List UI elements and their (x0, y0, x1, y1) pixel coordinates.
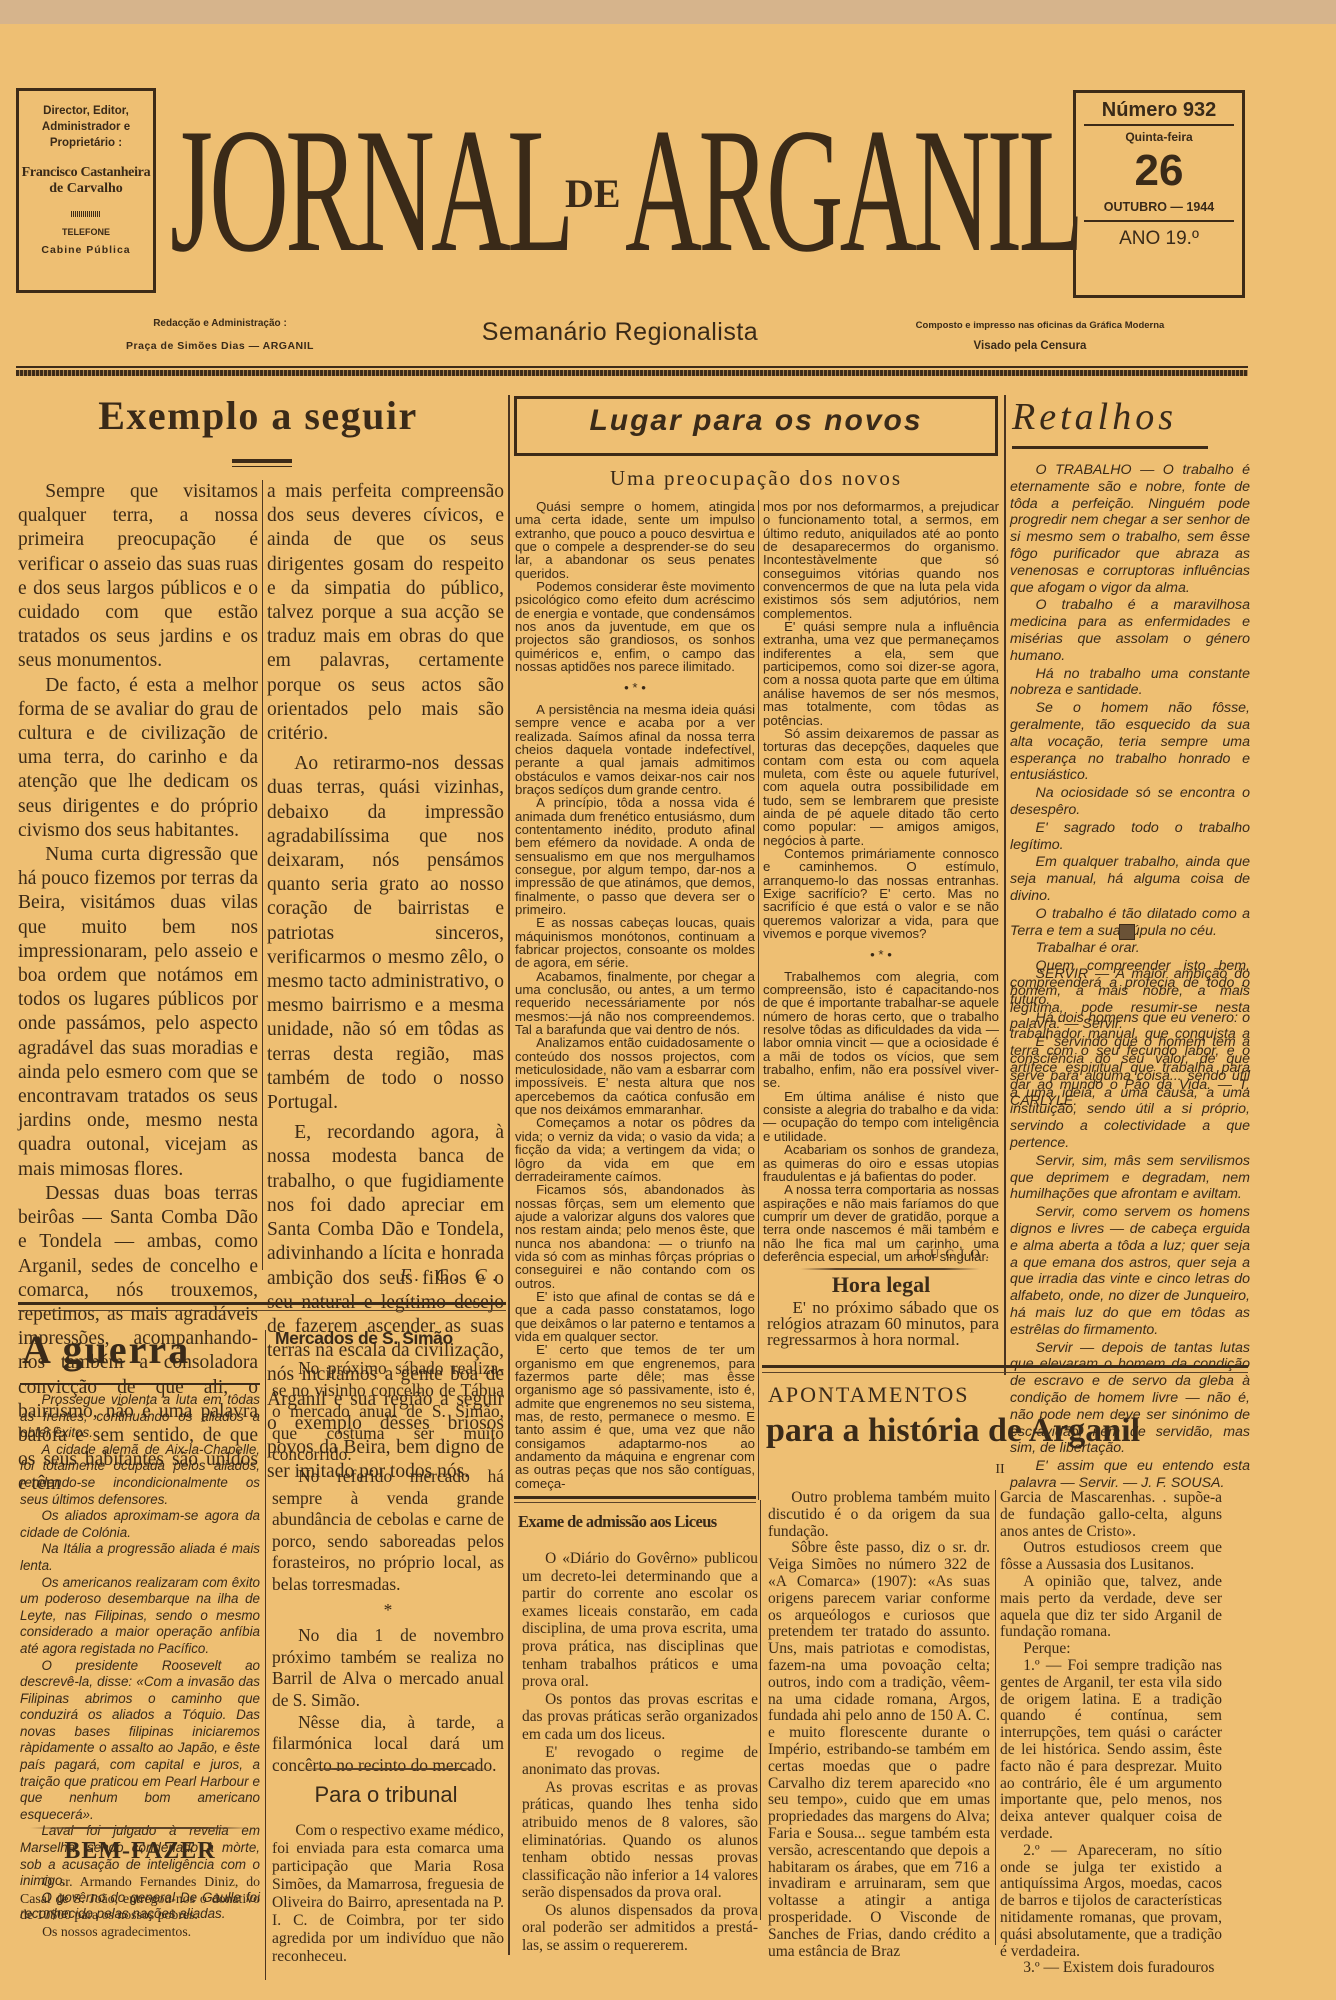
paragraph: Contemos primáriamente connosco e caminh… (763, 847, 999, 940)
headline-mercados: Mercados de S. Simão (275, 1328, 505, 1349)
headline-lugar: Lugar para os novos (514, 404, 998, 438)
issue-day: 26 (1084, 144, 1234, 198)
headline-exame: Exame de admissão aos Liceus (518, 1512, 758, 1532)
paragraph: Numa curta digressão que há pouco fizemo… (18, 843, 258, 1182)
phone-label: TELEFONE (19, 227, 153, 237)
paragraph: Os nossos agradecimentos. (20, 1924, 260, 1941)
paragraph: 2.º — Apareceram, no sítio onde se julga… (1000, 1843, 1222, 1961)
paragraph: O presidente Roosevelt ao descrevê-la, d… (20, 1658, 260, 1824)
headline-bemfazer: BEM-FAZER (20, 1838, 260, 1865)
subtitle: Semanário Regionalista (420, 318, 820, 347)
lugar-signature: LÚCIO. (830, 1246, 995, 1262)
column-divider (1004, 395, 1006, 1375)
section-rule (514, 1496, 756, 1499)
paragraph: Os aliados aproximam-se agora da cidade … (20, 1508, 260, 1541)
issue-weekday: Quinta-feira (1084, 130, 1234, 144)
separator: * (272, 1600, 504, 1622)
column-divider (995, 1490, 996, 1945)
paragraph: SERVIR — A maior ambição do homem, a mai… (1010, 966, 1250, 1033)
paragraph: E' revogado o regime de anonimato das pr… (522, 1744, 758, 1779)
paragraph: Podemos considerar êste movimento psicol… (515, 580, 755, 673)
ornament-divider (30, 1827, 250, 1829)
paragraph: A opinião que, talvez, ande mais perto d… (1000, 1574, 1222, 1641)
paragraph: Em qualquer trabalho, ainda que seja man… (1010, 854, 1250, 904)
column-divider (758, 500, 759, 1500)
paragraph: Analizamos então cuidadosamente o conteú… (515, 1036, 755, 1116)
paragraph: 3.º — Existem dois furadouros (1000, 1960, 1222, 1977)
column-divider (262, 480, 263, 1270)
title-jornal: JORNAL (170, 90, 571, 290)
paragraph: Começamos a notar os pôdres da vida; o v… (515, 1116, 755, 1183)
apontamentos-col2: Garcia de Mascarenhas. . supõe-a de fund… (1000, 1490, 1222, 1977)
paragraph: Há no trabalho uma constante nobreza e s… (1010, 666, 1250, 700)
ornament-square-icon (1119, 924, 1135, 940)
bemfazer-body: O sr. Armando Fernandes Diniz, do Casal … (20, 1874, 260, 1940)
paragraph: No referido mercado há sempre à venda gr… (272, 1466, 504, 1596)
headline-retalhos: Retalhos (1012, 395, 1232, 439)
ornament-bar (71, 211, 101, 217)
paragraph: Outros estudiosos creem que fôsse a Auss… (1000, 1540, 1222, 1574)
redaction-address: Praça de Simões Dias — ARGANIL (70, 340, 370, 352)
paragraph: Prossegue violenta a luta em tôdas as fr… (20, 1392, 260, 1442)
paragraph: E' sagrado todo o trabalho legítimo. (1010, 820, 1250, 854)
printer-note: Composto e impresso nas oficinas da Gráf… (860, 320, 1220, 331)
title-arganil: ARGANIL (625, 90, 1080, 290)
headline-apontamentos: para a história de Arganil (766, 1412, 1246, 1450)
paragraph: E' isto que afinal de contas se dá e que… (515, 1290, 755, 1343)
issue-month-year: OUTUBRO — 1944 (1084, 200, 1234, 222)
paragraph: O «Diário do Govêrno» publicou um decret… (522, 1550, 758, 1691)
headline-guerra: A guerra (22, 1326, 190, 1373)
section-rule (18, 1302, 506, 1305)
paragraph: De facto, é esta a melhor forma de se av… (18, 674, 258, 843)
issue-year: ANO 19.º (1084, 228, 1234, 250)
paragraph: Perque: (1000, 1641, 1222, 1658)
apontamentos-part: II (980, 1462, 1020, 1478)
lugar-subtitle: Uma preocupação dos novos (514, 466, 998, 491)
paragraph: A cidade alemã de Aix-la-Chapelle, foi t… (20, 1442, 260, 1508)
paragraph: E' assim que eu entendo esta palavra — S… (1010, 1458, 1250, 1492)
column-divider (508, 395, 510, 1955)
paragraph: No próximo sábado realiza-se no visinho … (272, 1358, 504, 1466)
lugar-col2: mos por nos deformarmos, a prejudicar o … (763, 500, 999, 1263)
paragraph: Se o homem não fôsse, geralmente, tão es… (1010, 700, 1250, 784)
paragraph: As provas escritas e as provas práticas,… (522, 1779, 758, 1902)
masthead-title: JORNAL DE ARGANIL (170, 110, 1020, 310)
paragraph: Servir, como servem os homens dignos e l… (1010, 1204, 1250, 1338)
paragraph: 1.º — Foi sempre tradição nas gentes de … (1000, 1658, 1222, 1843)
paragraph: Quási sempre o homem, atingida uma certa… (515, 500, 755, 580)
headline-underline-thin (232, 466, 292, 467)
paragraph: Servir, sim, mâs sem servilismos que dep… (1010, 1153, 1250, 1203)
paragraph: Trabalhemos com alegria, com compreensão… (763, 970, 999, 1090)
paragraph: Com o respectivo exame médico, foi envia… (272, 1822, 504, 1966)
issue-box: Número 932 Quinta-feira 26 OUTUBRO — 194… (1073, 90, 1245, 298)
masthead-rule (16, 366, 1248, 368)
paragraph: Outro problema também muito discutido é … (768, 1490, 990, 1540)
headline-hora-legal: Hora legal (765, 1272, 997, 1298)
paragraph: E' servindo que o homem tem a consciênci… (1010, 1034, 1250, 1152)
paragraph: E' quási sempre nula a influência extran… (763, 620, 999, 727)
section-rule-thin (514, 1502, 756, 1503)
exemplo-signature: F. C. C. (400, 1265, 503, 1286)
paragraph: Só assim deixaremos de passar as tortura… (763, 727, 999, 847)
column-divider (760, 1500, 761, 1920)
paragraph: A persistência na mesma ideia quási semp… (515, 703, 755, 796)
paragraph: Nêsse dia, à tarde, a filarmónica local … (272, 1712, 504, 1777)
paragraph: Acabamos, finalmente, por chegar a uma c… (515, 970, 755, 1037)
issue-number: Número 932 (1084, 99, 1234, 126)
headline-underline (232, 459, 292, 463)
censorship-note: Visado pela Censura (920, 340, 1140, 352)
ornament-divider (295, 1768, 495, 1770)
paragraph: E' no próximo sábado que os relógios atr… (767, 1300, 999, 1348)
phone-value: Cabine Pública (19, 244, 153, 256)
paragraph: Os americanos realizaram com êxito um po… (20, 1575, 260, 1658)
section-rule-thin (762, 1372, 1248, 1373)
owner-name-line1: Francisco Castanheira (19, 165, 153, 181)
paragraph: Sôbre êste passo, diz o sr. dr. Veiga Si… (768, 1540, 990, 1960)
separator: • * • (515, 681, 755, 694)
owner-name-line2: de Carvalho (19, 181, 153, 197)
tribunal-body: Com o respectivo exame médico, foi envia… (272, 1822, 504, 1966)
director-label: Director, Editor, Administrador e Propri… (19, 103, 153, 151)
separator: • * • (763, 948, 999, 961)
mercados-body: No próximo sábado realiza-se no visinho … (272, 1358, 504, 1776)
section-rule (762, 1365, 1248, 1368)
paragraph: Acabariam os sonhos de grandeza, as quim… (763, 1143, 999, 1183)
hora-legal-body: E' no próximo sábado que os relógios atr… (767, 1300, 999, 1348)
paragraph: Garcia de Mascarenhas. . supõe-a de fund… (1000, 1490, 1222, 1540)
guerra-underline (20, 1383, 260, 1385)
paragraph: O sr. Armando Fernandes Diniz, do Casal … (20, 1874, 260, 1924)
paragraph: Ao retirarmo-nos dessas duas terras, quá… (267, 752, 504, 1115)
headline-tribunal: Para o tribunal (270, 1782, 502, 1808)
paragraph: E as nossas cabeças loucas, quais máquin… (515, 916, 755, 969)
paragraph: Trabalhar é orar. (1010, 940, 1250, 957)
apontamentos-col1: Outro problema também muito discutido é … (768, 1490, 990, 1960)
ornament-divider (800, 1268, 980, 1270)
exame-body: O «Diário do Govêrno» publicou um decret… (522, 1550, 758, 1955)
paragraph: Na ociosidade só se encontra o desespêro… (1010, 785, 1250, 819)
headline-exemplo: Exemplo a seguir (18, 392, 498, 439)
paragraph: Em última análise é nisto que consiste a… (763, 1090, 999, 1143)
paragraph: Os pontos das provas escritas e das prov… (522, 1691, 758, 1744)
paragraph: O TRABALHO — O trabalho é eternamente sã… (1010, 462, 1250, 596)
masthead-dotted-rule (16, 370, 1248, 376)
apontamentos-kicker: APONTAMENTOS (768, 1382, 1068, 1408)
paragraph: mos por nos deformarmos, a prejudicar o … (763, 500, 999, 620)
director-box: Director, Editor, Administrador e Propri… (16, 88, 156, 293)
paragraph: Na Itália a progressão aliada é mais len… (20, 1541, 260, 1574)
redaction-label: Redacção e Administração : (120, 318, 320, 329)
column-divider (265, 1330, 266, 1980)
section-rule-thin (18, 1310, 506, 1311)
paragraph: O trabalho é a maravilhosa medicina para… (1010, 597, 1250, 664)
lugar-col1: Quási sempre o homem, atingida uma certa… (515, 500, 755, 1490)
paragraph: No dia 1 de novembro próximo também se r… (272, 1625, 504, 1711)
paragraph: Sempre que visitamos qualquer terra, a n… (18, 480, 258, 674)
paragraph: Ficamos sós, abandonados às nossas fôrça… (515, 1183, 755, 1290)
title-de: DE (565, 170, 621, 217)
paragraph: Os alunos dispensados da prova oral pode… (522, 1902, 758, 1955)
retalhos-underline (1012, 446, 1208, 449)
paragraph: E' certo que temos de ter um organismo e… (515, 1343, 755, 1490)
paragraph: a mais perfeita compreensão dos seus dev… (267, 480, 504, 746)
paragraph: A princípio, tôda a nossa vida é animada… (515, 796, 755, 916)
